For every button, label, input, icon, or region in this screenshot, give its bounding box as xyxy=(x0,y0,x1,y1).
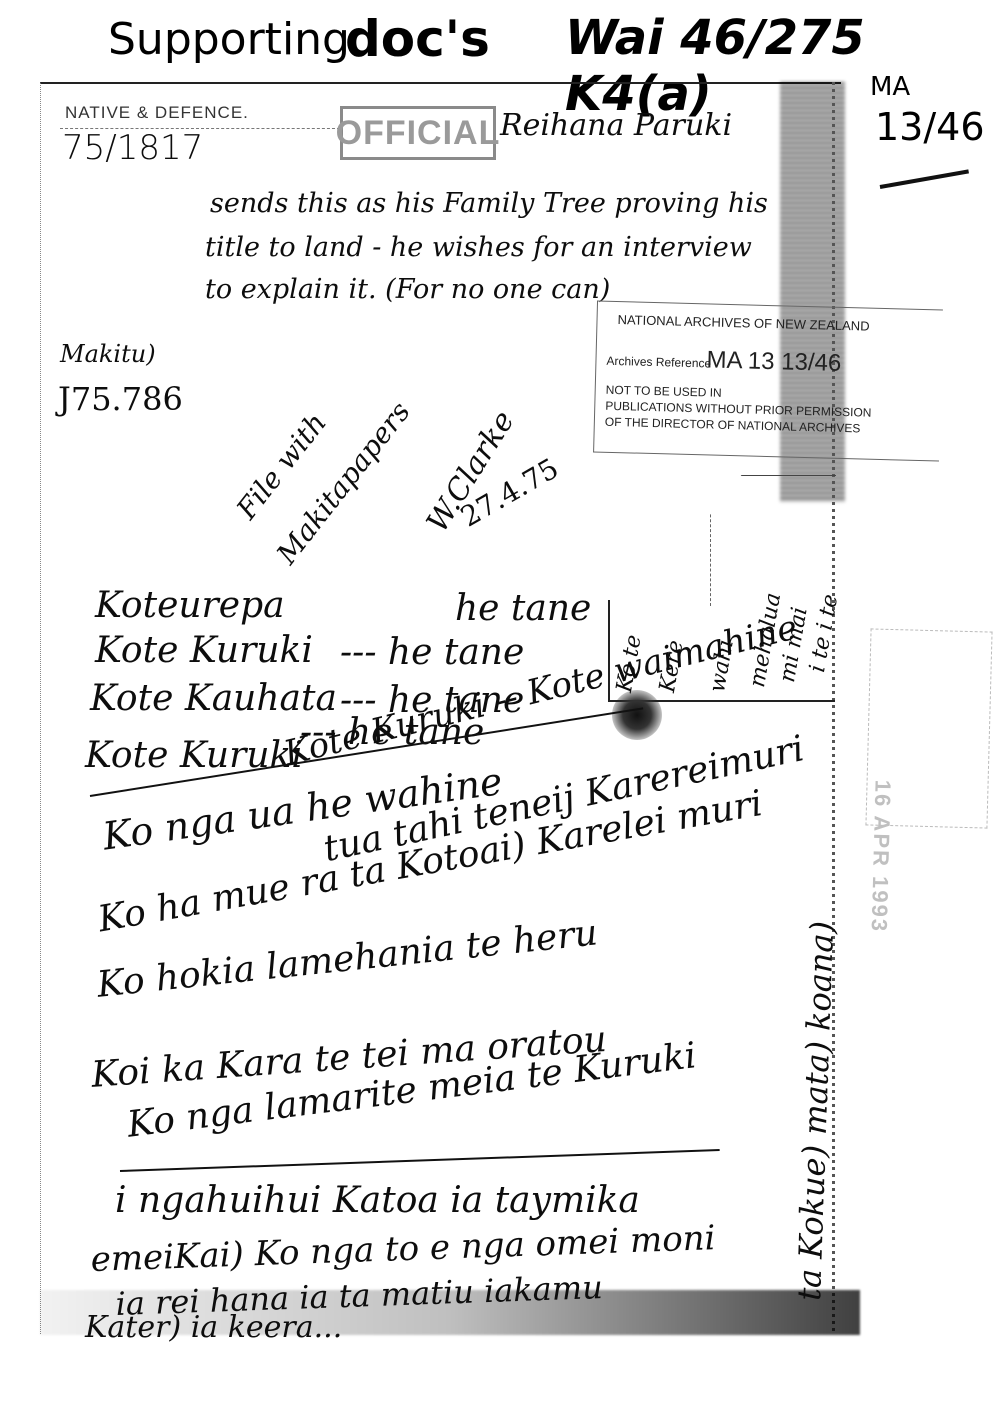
marginal-note: Makitu) xyxy=(60,340,156,368)
archives-reference-label: Archives Reference xyxy=(606,354,711,371)
inset-slip-top xyxy=(710,475,836,606)
minute-line-1: sends this as his Family Tree proving hi… xyxy=(210,188,768,219)
minute-line-2: title to land - he wishes for an intervi… xyxy=(205,232,752,263)
margin-file-number: J75.786 xyxy=(58,380,183,418)
header-archive-code-bottom: 13/46 xyxy=(875,105,985,149)
body-line-11: Kater) ia keera... xyxy=(85,1310,342,1345)
genealogy-line-4: Kote Kuruki xyxy=(85,735,303,776)
archives-stamp-title: NATIONAL ARCHIVES OF NEW ZEALAND xyxy=(617,312,869,334)
body-line-8: i ngahuihui Katoa ia taymika xyxy=(115,1180,640,1221)
official-stamp: OFFICIAL xyxy=(340,106,496,160)
archives-notice: NOT TO BE USED IN PUBLICATIONS WITHOUT P… xyxy=(605,382,872,437)
received-date-stamp: 16 APR 1993 xyxy=(865,628,992,828)
ink-blot xyxy=(612,690,662,740)
genealogy-line-2-suffix: --- he tane xyxy=(340,632,524,673)
file-number: 75/1817 xyxy=(62,128,203,168)
addressee-name: Reihana Paruki xyxy=(500,108,732,143)
header-underline xyxy=(880,169,969,189)
minute-line-3: to explain it. (For no one can) xyxy=(205,274,610,305)
archives-reference-value: MA 13 13/46 xyxy=(706,346,841,378)
header-supporting-label: Supporting xyxy=(108,14,350,65)
national-archives-stamp: NATIONAL ARCHIVES OF NEW ZEALAND Archive… xyxy=(593,300,943,461)
header-docs-label: doc's xyxy=(345,10,490,68)
genealogy-line-1-suffix: he tane xyxy=(455,588,591,629)
department-heading: NATIVE & DEFENCE. xyxy=(65,103,249,123)
genealogy-line-2: Kote Kuruki xyxy=(95,630,313,671)
header-archive-code-top: MA xyxy=(870,72,910,102)
received-date-text: 16 APR 1993 xyxy=(866,779,896,933)
genealogy-line-1: Koteurepa xyxy=(95,585,285,626)
